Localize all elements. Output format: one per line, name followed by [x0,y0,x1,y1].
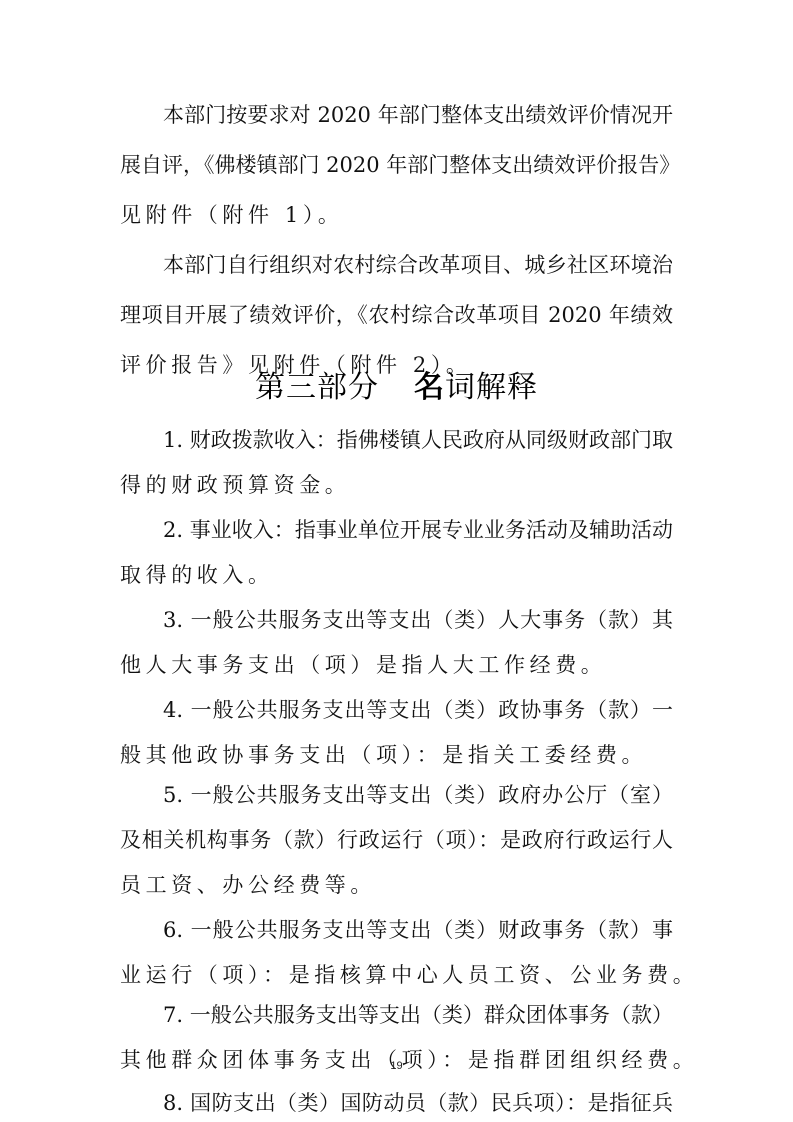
text-line: 展自评，《佛楼镇部门 2020 年部门整体支出绩效评价报告》 [120,150,673,180]
text-line: 7. 一般公共服务支出等支出（类）群众团体事务（款） [163,1000,673,1030]
text-line: 2. 事业收入：指事业单位开展专业业务活动及辅助活动 [163,515,673,545]
text-line: 他人大事务支出（项）是指人大工作经费。 [120,650,673,680]
text-line: 般其他政协事务支出（项）：是指关工委经费。 [120,740,673,770]
text-line: 本部门自行组织对农村综合改革项目、城乡社区环境治 [163,250,673,280]
text-line: 8. 国防支出（类）国防动员（款）民兵项）：是指征兵 [163,1088,673,1118]
text-line: 理项目开展了绩效评价，《农村综合改革项目 2020 年绩效 [120,300,673,330]
text-line: 见附件（附件 1）。 [120,200,673,230]
text-line: 员工资、办公经费等。 [120,870,673,900]
heading-part: 第三部分 [255,370,379,405]
page-number: 19 [0,1060,793,1072]
text-line: 3. 一般公共服务支出等支出（类）人大事务（款）其 [163,605,673,635]
text-line: 4. 一般公共服务支出等支出（类）政协事务（款）一 [163,695,673,725]
text-line: 业运行（项）：是指核算中心人员工资、公业务费。 [120,960,673,990]
text-line: 及相关机构事务（款）行政运行（项）：是政府行政运行人 [120,825,673,855]
heading-rest: 词解释 [445,370,538,405]
text-line: 得的财政预算资金。 [120,470,673,500]
text-line: 5. 一般公共服务支出等支出（类）政府办公厅（室） [163,780,673,810]
text-line: 6. 一般公共服务支出等支出（类）财政事务（款）事 [163,915,673,945]
section-heading: 第三部分 名词解释 [0,368,793,408]
text-line: 1. 财政拨款收入：指佛楼镇人民政府从同级财政部门取 [163,425,673,455]
text-line: 本部门按要求对 2020 年部门整体支出绩效评价情况开 [163,100,673,130]
heading-first-char: 名 [414,370,445,405]
document-page: 本部门按要求对 2020 年部门整体支出绩效评价情况开 展自评，《佛楼镇部门 2… [0,0,793,1122]
text-line: 取得的收入。 [120,560,673,590]
